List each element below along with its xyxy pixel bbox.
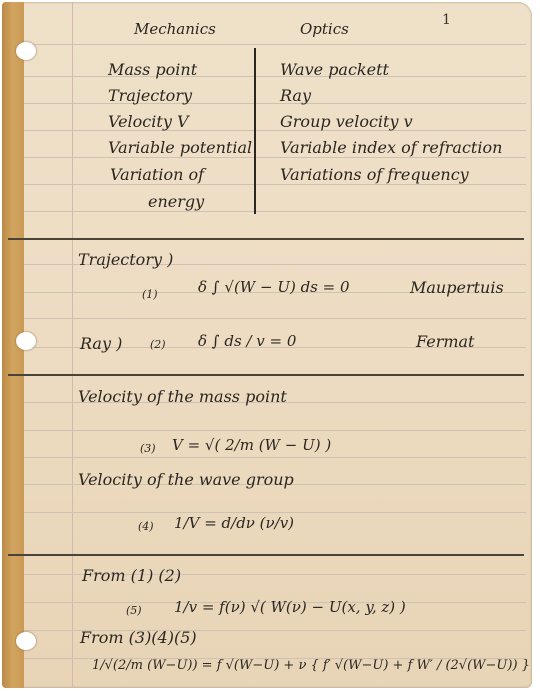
section-divider	[8, 374, 524, 376]
principle-label: Ray )	[80, 334, 122, 353]
equation: δ ∫ √(W − U) ds = 0	[198, 278, 350, 296]
rule-line	[24, 512, 526, 513]
rule-line	[24, 211, 526, 212]
optics-header: Optics	[300, 20, 349, 38]
equation: 1/V = d/dν (ν/v)	[174, 514, 294, 532]
rule-line	[24, 318, 526, 319]
principle-label: Trajectory )	[78, 250, 173, 269]
section-divider	[8, 554, 524, 556]
velocity-heading: Velocity of the wave group	[78, 470, 294, 489]
principle-name: Fermat	[416, 332, 474, 351]
rule-line	[24, 76, 526, 77]
table-row-right: Variable index of refraction	[280, 138, 502, 157]
principle-name: Maupertuis	[410, 278, 504, 297]
equation: 1/v = f(ν) √( W(ν) − U(x, y, z) )	[174, 598, 406, 616]
rule-line	[24, 157, 526, 158]
rule-line	[24, 457, 526, 458]
table-row-right: Variations of frequency	[280, 165, 469, 184]
section-divider	[8, 238, 524, 240]
velocity-heading: Velocity of the mass point	[78, 387, 287, 406]
equation-number: (4)	[138, 520, 154, 533]
punch-hole	[16, 632, 36, 650]
notebook-page: 1 Mechanics Optics Mass point Wave packe…	[2, 2, 532, 688]
rule-line	[24, 184, 526, 185]
rule-line	[24, 103, 526, 104]
page-number: 1	[442, 12, 451, 28]
rule-line	[24, 430, 526, 431]
equation: 1/√(2/m (W−U)) = f √(W−U) + ν { f′ √(W−U…	[92, 658, 530, 673]
equation-number: (3)	[140, 442, 156, 455]
table-row-left: energy	[148, 192, 204, 211]
punch-hole	[16, 42, 36, 60]
equation: V = √( 2/m (W − U) )	[172, 436, 331, 454]
table-row-left: Variation of	[110, 165, 204, 184]
equation-number: (1)	[142, 288, 158, 301]
table-row-left: Variable potential	[108, 138, 252, 157]
table-row-left: Trajectory	[108, 86, 192, 105]
table-row-right: Group velocity v	[280, 112, 413, 131]
table-divider	[254, 48, 256, 214]
table-row-right: Wave packett	[280, 60, 389, 79]
punch-hole	[16, 332, 36, 350]
rule-line	[24, 130, 526, 131]
table-row-left: Velocity V	[108, 112, 189, 131]
from-text: From (3)(4)(5)	[80, 628, 197, 647]
mechanics-header: Mechanics	[134, 20, 216, 38]
table-row-right: Ray	[280, 86, 311, 105]
margin-line	[72, 2, 73, 688]
table-row-left: Mass point	[108, 60, 197, 79]
from-text: From (1) (2)	[82, 566, 181, 585]
equation: δ ∫ ds / v = 0	[198, 332, 296, 350]
equation-number: (5)	[126, 604, 142, 617]
rule-line	[24, 44, 526, 45]
equation-number: (2)	[150, 338, 166, 351]
